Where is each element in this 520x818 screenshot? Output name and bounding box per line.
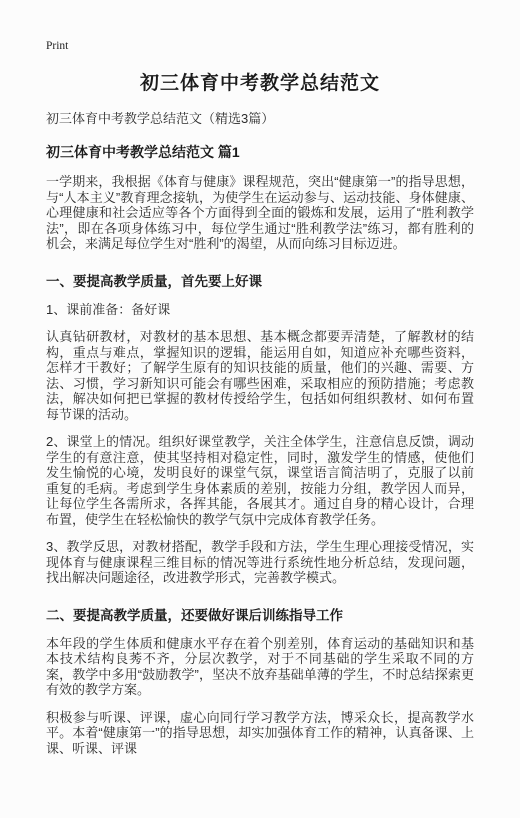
- section-2-heading: 二、要提高教学质量，还要做好课后训练指导工作: [46, 604, 474, 624]
- paragraph-point1-title: 1、课前准备：备好课: [46, 302, 474, 318]
- paragraph-point3: 3、教学反思，对教材搭配，教学手段和方法，学生生理心理接受情况，实现体育与健康课…: [46, 539, 474, 586]
- document-subtitle: 初三体育中考教学总结范文（精选3篇）: [46, 108, 474, 127]
- paragraph-section2-2: 积极参与听课、评课，虚心向同行学习教学方法，博采众长，提高教学水平。本着“健康第…: [46, 710, 474, 757]
- document-page: Print 初三体育中考教学总结范文 初三体育中考教学总结范文（精选3篇） 初三…: [0, 0, 520, 818]
- article-1-heading: 初三体育中考教学总结范文 篇1: [46, 142, 474, 162]
- paragraph-section2-1: 本年段的学生体质和健康水平存在着个别差别，体育运动的基础知识和基本技术结构良莠不…: [46, 636, 474, 698]
- paragraph-intro: 一学期来，我根据《体育与健康》课程规范，突出“健康第一”的指导思想，与“人本主义…: [46, 174, 474, 252]
- paragraph-point2: 2、课堂上的情况。组织好课堂教学，关注全体学生，注意信息反馈，调动学生的有意注意…: [46, 434, 474, 527]
- print-button[interactable]: Print: [46, 40, 68, 52]
- section-1-heading: 一、要提高教学质量，首先要上好课: [46, 270, 474, 290]
- document-title: 初三体育中考教学总结范文: [46, 68, 474, 95]
- paragraph-point1-body: 认真钻研教材，对教材的基本思想、基本概念都要弄清楚，了解教材的结构，重点与难点，…: [46, 329, 474, 422]
